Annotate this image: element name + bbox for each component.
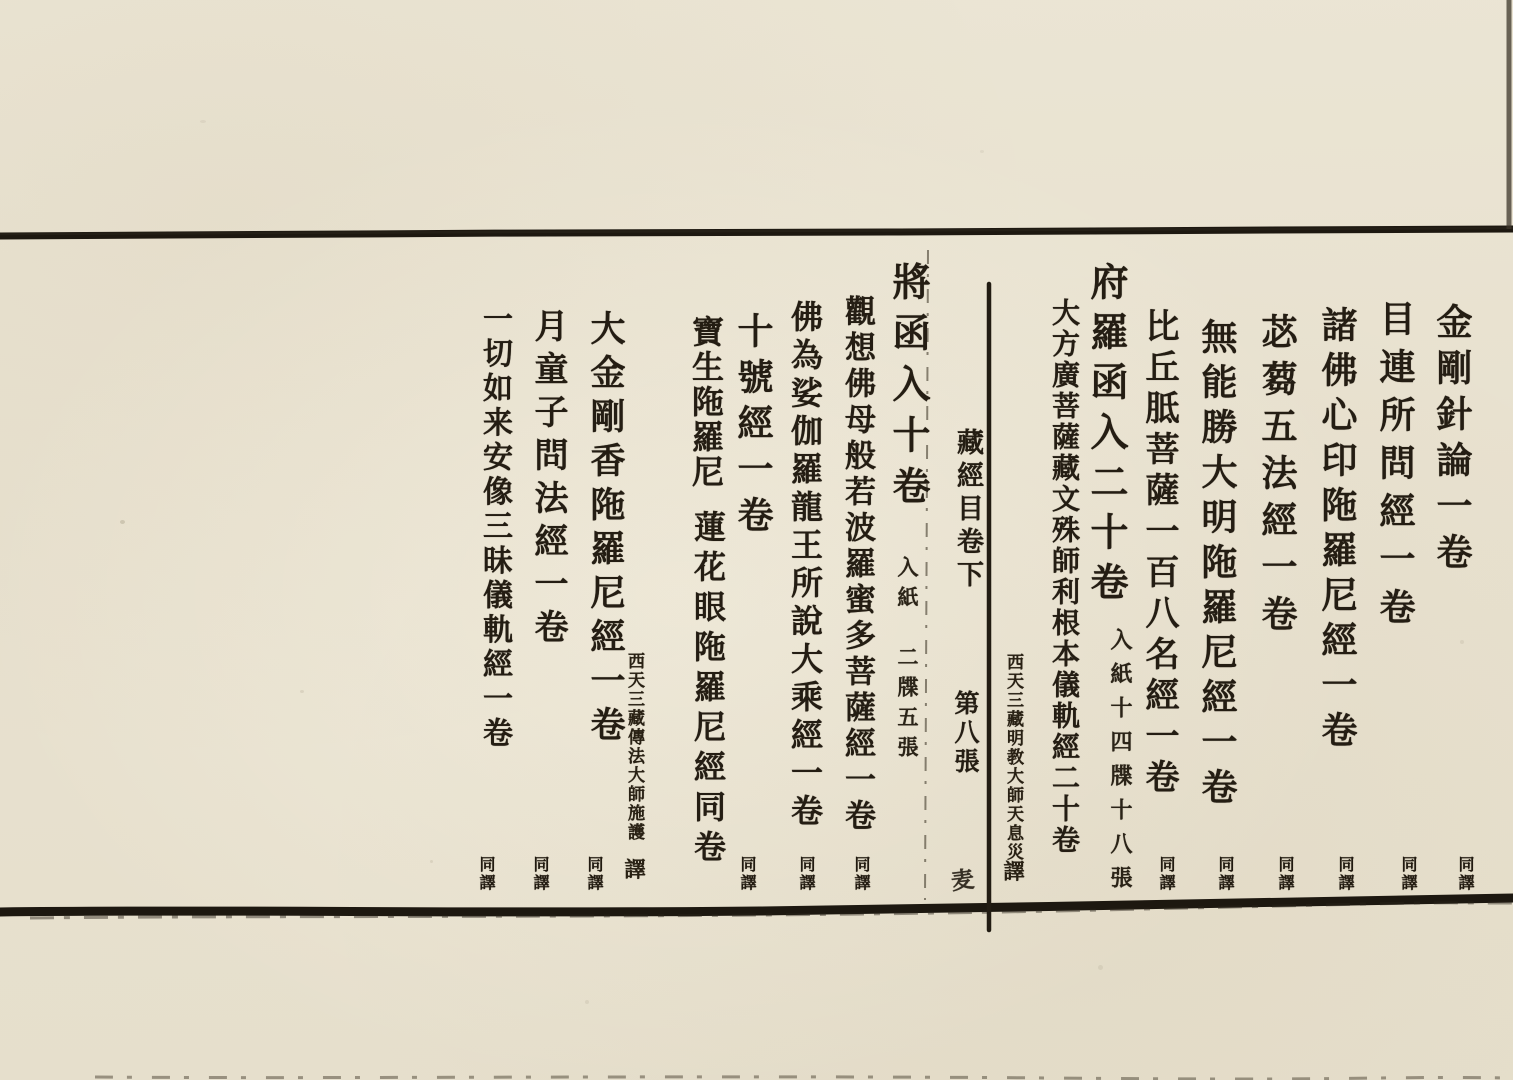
paper-speck — [1098, 965, 1103, 970]
paper-speck — [120, 520, 125, 524]
co-translator-mark: 同譯 — [736, 856, 759, 892]
sutra-title-column: 月童子問法經一卷 — [524, 308, 573, 652]
sutra-title-column: 十號經一卷 — [728, 312, 779, 542]
co-translator-mark: 同譯 — [1334, 856, 1357, 892]
paper-speck — [1460, 640, 1464, 644]
co-translator-mark: 同譯 — [1274, 856, 1297, 892]
paper-speck — [300, 690, 304, 693]
co-translator-mark: 同譯 — [1397, 856, 1420, 892]
catalog-title: 藏經目卷下 — [948, 428, 987, 593]
paper-count-note: 入紙十四牒十八張 — [1105, 628, 1136, 900]
sutra-title-column: 大方廣菩薩藏文殊師利根本儀軌經二十卷 — [1044, 298, 1084, 856]
translator-suffix: 譯 — [998, 860, 1028, 881]
sutra-title-column: 佛為娑伽羅龍王所說大乘經一卷 — [782, 300, 828, 832]
sutra-title-column: 比丘胝菩薩一百八名經一卷 — [1135, 308, 1184, 800]
translator-colophon: 西天三藏傳法大師施護 — [622, 652, 647, 842]
sutra-title-column: 一切如来安像三昧儀軌經一卷 — [472, 303, 516, 752]
paper-speck — [430, 860, 433, 863]
co-translator-mark: 同譯 — [529, 856, 552, 892]
translator-suffix: 譯 — [619, 858, 649, 879]
co-translator-mark: 同譯 — [1214, 856, 1237, 892]
sutra-title-column: 觀想佛母般若波羅蜜多菩薩經一卷 — [835, 295, 880, 835]
paper-speck — [585, 1000, 589, 1004]
sutra-title-column: 目連所問經一卷 — [1370, 300, 1421, 636]
translator-colophon: 西天三藏明教大師天息災 — [1001, 653, 1026, 862]
sutra-title-column: 諸佛心印陁羅尼經一卷 — [1312, 306, 1363, 756]
case-heading-column: 將函入十卷 — [881, 262, 936, 517]
sutra-title-column: 苾蒭五法經一卷 — [1252, 313, 1303, 642]
sutra-title-column: 寶生陁羅尼 — [683, 315, 729, 490]
sheet-number-label: 第八張 — [947, 690, 983, 777]
co-translator-mark: 同譯 — [1155, 856, 1178, 892]
paper-count-note: 入紙 二牒五張 — [892, 556, 922, 766]
co-translator-mark: 同譯 — [795, 856, 818, 892]
paper-speck — [980, 150, 984, 153]
co-translator-mark: 同譯 — [475, 856, 498, 892]
co-translator-mark: 同譯 — [583, 856, 606, 892]
collator-mark: 麦 — [943, 866, 979, 893]
sutra-title-column: 無能勝大明陁羅尼經一卷 — [1192, 318, 1243, 813]
case-heading-column: 府羅函入二十卷 — [1079, 262, 1134, 612]
co-translator-mark: 同譯 — [850, 856, 873, 892]
sutra-title-column: 金剛針論一卷 — [1427, 303, 1478, 579]
co-translator-mark: 同譯 — [1454, 856, 1477, 892]
paper-speck — [200, 120, 206, 123]
sutra-subtitle-column: 蓮花眼陁羅尼經同卷 — [685, 510, 731, 870]
